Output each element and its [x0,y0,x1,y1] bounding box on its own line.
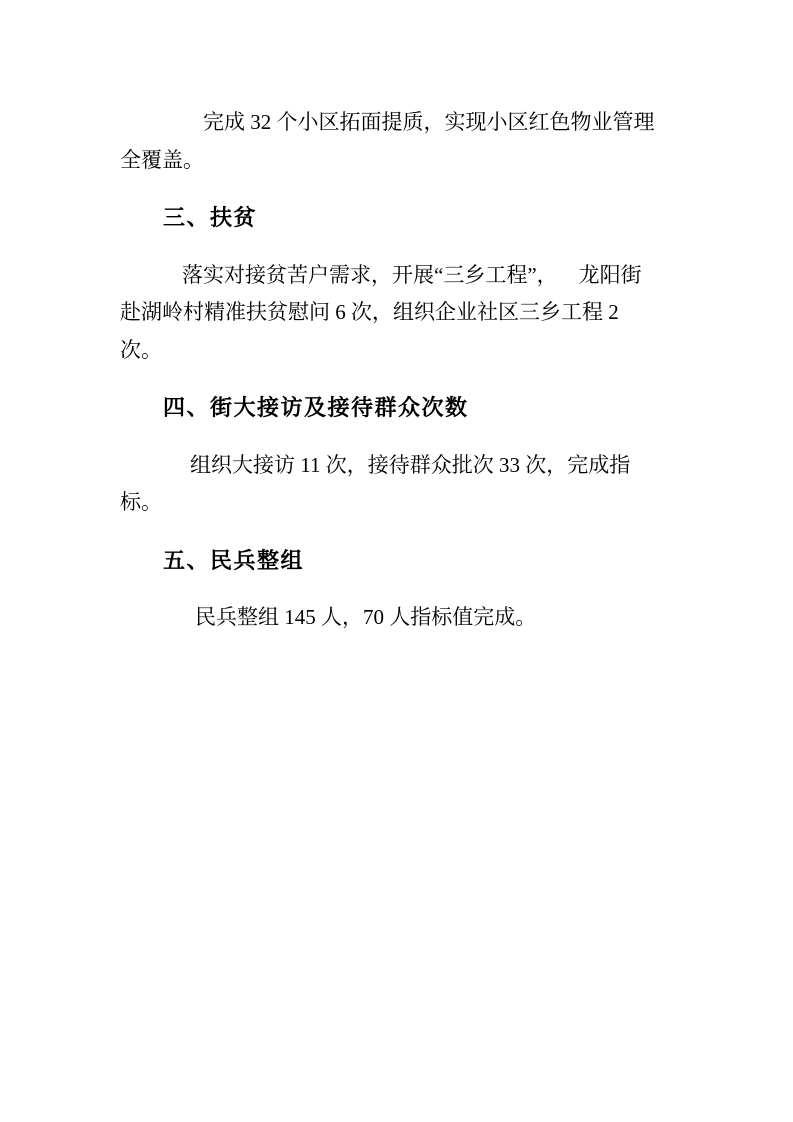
text-line: 民兵整组 145 人，70 人指标值完成。 [120,599,673,637]
text-line: 赴湖岭村精准扶贫慰问 6 次，组织企业社区三乡工程 2 [120,294,673,332]
heading-poverty-alleviation: 三、扶贫 [120,199,673,237]
text-line: 次。 [120,332,673,370]
text-line: 落实对接贫苦户需求，开展“三乡工程”， 龙阳街 [120,257,673,295]
text-line: 标。 [120,484,673,522]
heading-militia-reorganization: 五、民兵整组 [120,542,673,580]
paragraph-militia-reorganization: 民兵整组 145 人，70 人指标值完成。 [120,599,673,637]
paragraph-petition-reception: 组织大接访 11 次，接待群众批次 33 次，完成指 标。 [120,447,673,522]
text-line: 全覆盖。 [120,142,673,180]
heading-petition-reception: 四、街大接访及接待群众次数 [120,389,673,427]
text-line: 完成 32 个小区拓面提质，实现小区红色物业管理 [120,104,673,142]
paragraph-poverty-alleviation: 落实对接贫苦户需求，开展“三乡工程”， 龙阳街 赴湖岭村精准扶贫慰问 6 次，组… [120,257,673,370]
paragraph-community-renovation: 完成 32 个小区拓面提质，实现小区红色物业管理 全覆盖。 [120,104,673,179]
page-content: 完成 32 个小区拓面提质，实现小区红色物业管理 全覆盖。 三、扶贫 落实对接贫… [120,104,673,637]
document-page: 完成 32 个小区拓面提质，实现小区红色物业管理 全覆盖。 三、扶贫 落实对接贫… [0,0,793,1122]
text-line: 组织大接访 11 次，接待群众批次 33 次，完成指 [120,447,673,485]
